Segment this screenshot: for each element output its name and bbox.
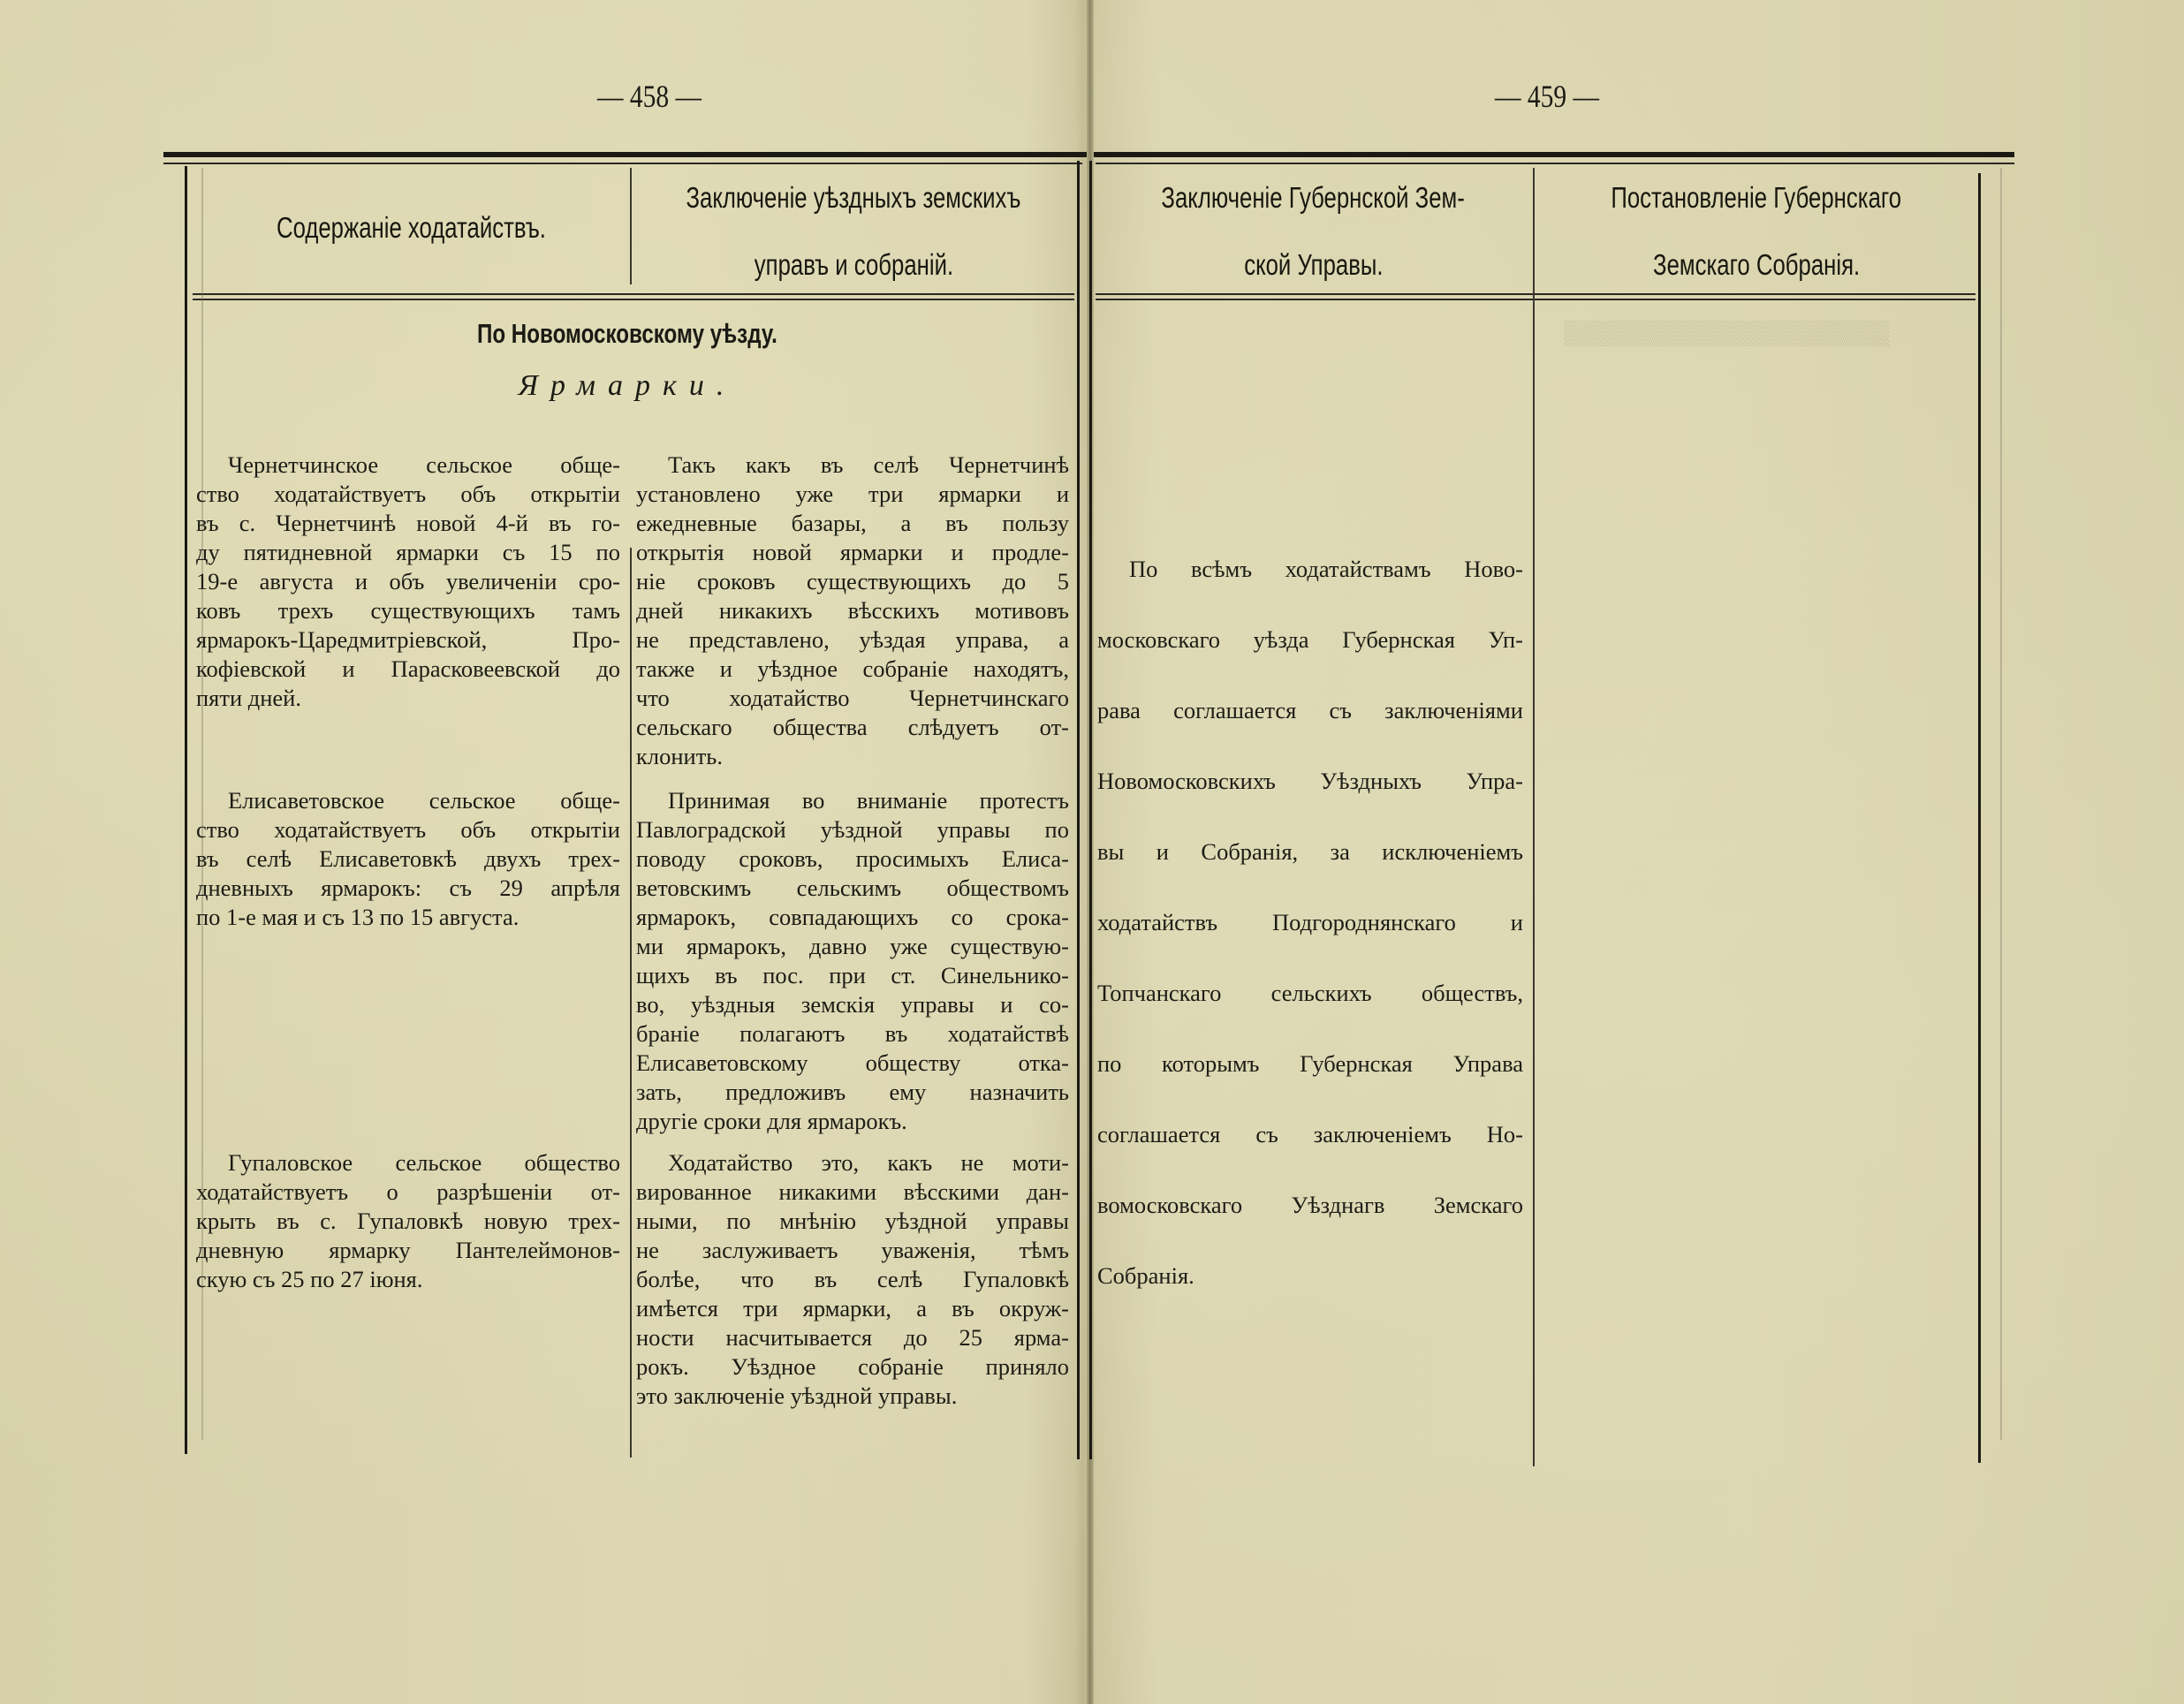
left-page-right-border — [1077, 161, 1080, 1459]
header-text-line2: управъ и собраній. — [754, 231, 952, 299]
text-line: не заслуживаетъ уваженія, тѣмъ — [636, 1236, 1069, 1265]
text-line: щихъ въ пос. при ст. Синельнико- — [636, 961, 1069, 990]
header-rule-left-b — [193, 299, 1074, 300]
text-line: вы и Собранія, за исключеніемъ — [1097, 816, 1523, 887]
text-line: ніе сроковъ существующихъ до 5 — [636, 567, 1069, 596]
text-line: соглашается съ заключеніемъ Но- — [1097, 1099, 1523, 1170]
text-line: браніе полагаютъ въ ходатайствѣ — [636, 1019, 1069, 1049]
top-heavy-rule-right — [1094, 152, 2014, 157]
text-line: Ходатайство это, какъ не моти- — [636, 1148, 1069, 1178]
text-line: Елисаветовское сельское обще- — [196, 786, 620, 815]
text-line: московскаго уѣзда Губернская Уп- — [1097, 604, 1523, 675]
section-title: По Новомосковскому уѣзду. — [424, 318, 830, 350]
text-line: вомосковскаго Уѣзднагв Земскаго — [1097, 1170, 1523, 1240]
petition-2-district-conclusion: Принимая во вниманіе протестъПавлоградск… — [636, 786, 1069, 1136]
text-line: въ селѣ Елисаветовкѣ двухъ трех- — [196, 844, 620, 874]
text-line: ходатайствуетъ о разрѣшеніи от- — [196, 1178, 620, 1207]
text-line: имѣется три ярмарки, а въ окруж- — [636, 1294, 1069, 1323]
right-outer-border — [1978, 173, 1981, 1463]
text-line: рава соглашается съ заключеніями — [1097, 675, 1523, 746]
header-text-line2: Земскаго Собранія. — [1653, 231, 1860, 299]
column-header-provincial-resolution: Постановленіе Губернскаго Земскаго Собра… — [1536, 164, 1977, 299]
text-line: клонить. — [636, 742, 1069, 771]
text-line: открытія новой ярмарки и продле- — [636, 538, 1069, 567]
petition-1-content: Чернетчинское сельское обще-ство ходатай… — [196, 451, 620, 713]
text-line: крыть въ с. Гупаловкѣ новую трех- — [196, 1207, 620, 1236]
text-line: ными, по мнѣнію уѣздной управы — [636, 1207, 1069, 1236]
text-line: пяти дней. — [196, 684, 620, 713]
header-text-line2: ской Управы. — [1244, 231, 1383, 299]
right-page-left-border — [1089, 161, 1092, 1459]
text-line: ности насчитывается до 25 ярма- — [636, 1323, 1069, 1352]
text-line: по 1-е мая и съ 13 по 15 августа. — [196, 903, 620, 932]
text-line: Топчанскаго сельскихъ обществъ, — [1097, 958, 1523, 1028]
petition-1-district-conclusion: Такъ какъ въ селѣ Чернетчинѣустановлено … — [636, 451, 1069, 771]
section-title-text: По Новомосковскому уѣзду. — [477, 318, 777, 350]
text-line: Гупаловское сельское общество — [196, 1148, 620, 1178]
text-line: кофіевской и Парасковеевской до — [196, 655, 620, 684]
header-text-line1: Заключеніе Губернской Зем- — [1162, 164, 1465, 231]
text-line: ярмарокъ, совпадающихъ со срока- — [636, 903, 1069, 932]
text-line: дневную ярмарку Пантелеймонов- — [196, 1236, 620, 1265]
text-line: ярмарокъ-Царедмитріевской, Про- — [196, 625, 620, 655]
text-line: ми ярмарокъ, давно уже существую- — [636, 932, 1069, 961]
page-number-left: — 458 — — [597, 78, 701, 115]
text-line: ковъ трехъ существующихъ тамъ — [196, 596, 620, 625]
text-line: По всѣмъ ходатайствамъ Ново- — [1097, 534, 1523, 604]
text-line: другіе сроки для ярмарокъ. — [636, 1107, 1069, 1136]
text-line: дневныхъ ярмарокъ: съ 29 апрѣля — [196, 874, 620, 903]
petition-3-district-conclusion: Ходатайство это, какъ не моти-вированное… — [636, 1148, 1069, 1411]
text-line: Собранія. — [1097, 1240, 1523, 1311]
text-line: также и уѣздное собраніе находятъ, — [636, 655, 1069, 684]
text-line: ежедневные базары, а въ пользу — [636, 509, 1069, 538]
col1-header-divider — [630, 168, 632, 284]
text-line: это заключеніе уѣздной управы. — [636, 1382, 1069, 1411]
text-line: Чернетчинское сельское обще- — [196, 451, 620, 480]
header-text-line1: Постановленіе Губернскаго — [1611, 164, 1902, 231]
text-line: зать, предложивъ ему назначить — [636, 1078, 1069, 1107]
text-line: поводу сроковъ, просимыхъ Елиса- — [636, 844, 1069, 874]
petition-3-content: Гупаловское сельское обществоходатайству… — [196, 1148, 620, 1294]
header-text: Содержаніе ходатайствъ. — [277, 193, 546, 263]
text-line: не представлено, уѣздая управа, а — [636, 625, 1069, 655]
text-line: Елисаветовскому обществу отка- — [636, 1049, 1069, 1078]
col3-divider — [1533, 168, 1535, 1466]
text-line: болѣе, что въ селѣ Гупаловкѣ — [636, 1265, 1069, 1294]
left-outer-border — [185, 166, 187, 1454]
text-line: сельскаго общества слѣдуетъ от- — [636, 713, 1069, 742]
text-line: ветовскимъ сельскимъ обществомъ — [636, 874, 1069, 903]
text-line: скую съ 25 по 27 іюня. — [196, 1265, 620, 1294]
col1-divider — [630, 548, 632, 1458]
text-line: ство ходатайствуетъ объ открытіи — [196, 815, 620, 844]
text-line: ду пятидневной ярмарки съ 15 по — [196, 538, 620, 567]
text-line: что ходатайство Чернетчинскаго — [636, 684, 1069, 713]
text-line: Такъ какъ въ селѣ Чернетчинѣ — [636, 451, 1069, 480]
text-line: Принимая во вниманіе протестъ — [636, 786, 1069, 815]
text-line: установлено уже три ярмарки и — [636, 480, 1069, 509]
text-line: Павлоградской уѣздной управы по — [636, 815, 1069, 844]
header-rule-right-b — [1096, 299, 1975, 300]
text-line: по которымъ Губернская Управа — [1097, 1028, 1523, 1099]
column-header-provincial-conclusion: Заключеніе Губернской Зем- ской Управы. — [1094, 164, 1533, 299]
header-text-line1: Заключеніе уѣздныхъ земскихъ — [686, 164, 1020, 231]
text-line: 19-е августа и объ увеличеніи сро- — [196, 567, 620, 596]
text-line: вированное никакими вѣсскими дан- — [636, 1178, 1069, 1207]
column-header-content: Содержаніе ходатайствъ. — [193, 193, 630, 263]
petition-2-content: Елисаветовское сельское обще-ство ходата… — [196, 786, 620, 932]
text-line: Новомосковскихъ Уѣздныхъ Упра- — [1097, 746, 1523, 816]
text-line: во, уѣздныя земскія управы и со- — [636, 990, 1069, 1019]
top-heavy-rule-left — [163, 152, 1087, 157]
column-header-district-conclusion: Заключеніе уѣздныхъ земскихъ управъ и со… — [633, 164, 1074, 299]
page-number-right: — 459 — — [1495, 78, 1599, 115]
faint-inner-line-right — [2000, 168, 2002, 1440]
section-subtitle: Ярмарки. — [424, 369, 830, 403]
text-line: дней никакихъ вѣсскихъ мотивовъ — [636, 596, 1069, 625]
text-line: рокъ. Уѣздное собраніе приняло — [636, 1352, 1069, 1382]
provincial-board-conclusion: По всѣмъ ходатайствамъ Ново-московскаго … — [1097, 534, 1523, 1311]
text-line: ходатайствъ Подгороднянскаго и — [1097, 887, 1523, 958]
text-line: въ с. Чернетчинѣ новой 4-й въ го- — [196, 509, 620, 538]
text-line: ство ходатайствуетъ объ открытіи — [196, 480, 620, 509]
